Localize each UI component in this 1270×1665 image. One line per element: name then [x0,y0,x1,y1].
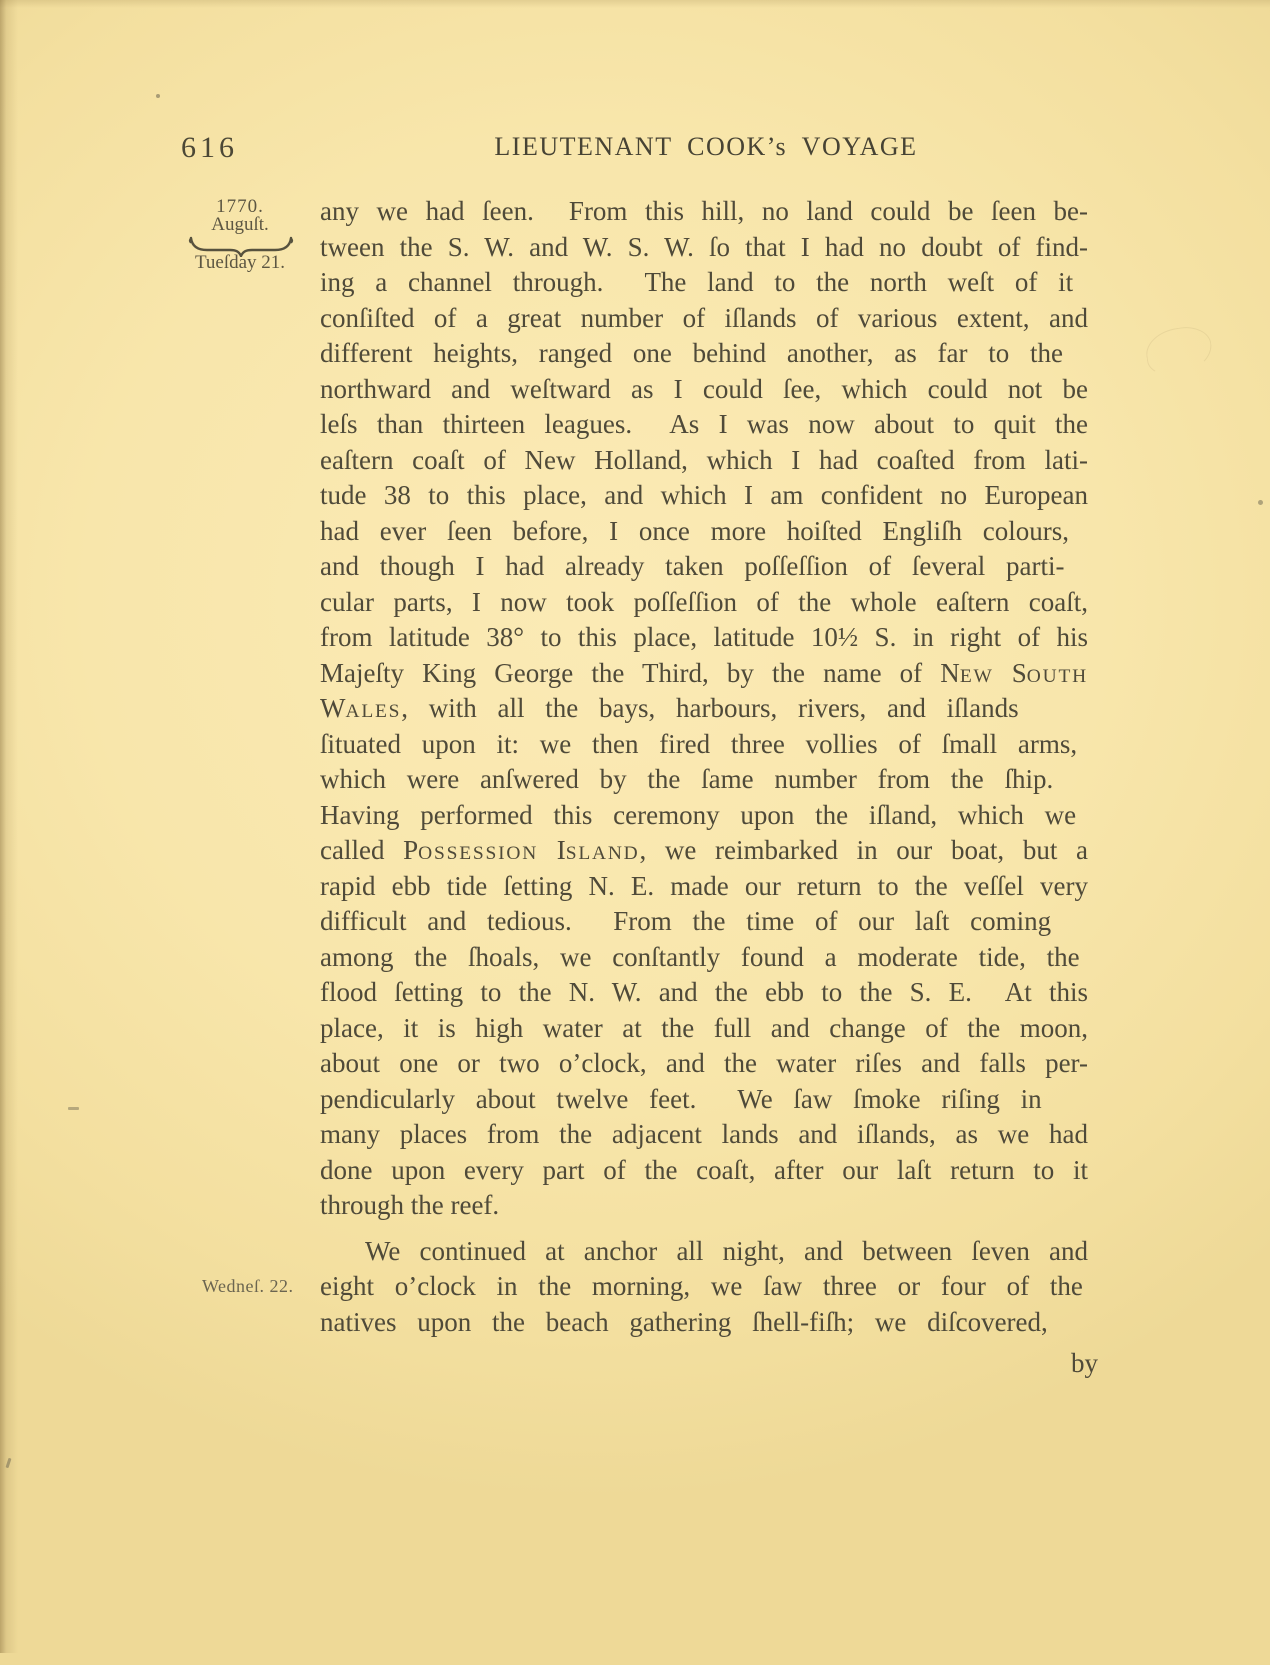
body-line: which were anſwered by the ſame number f… [320,762,1088,798]
body-line: cular parts, I now took poſſeſſion of th… [320,585,1088,621]
body-line: about one or two o’clock, and the water … [320,1046,1088,1082]
body-line: among the ſhoals, we conſtantly found a … [320,940,1088,976]
body-line: flood ſetting to the N. W. and the ebb t… [320,975,1088,1011]
body-line: natives upon the beach gathering ſhell-f… [320,1305,1088,1341]
page-top-edge-shadow [0,0,1270,8]
body-line: called POSSESSION ISLAND, we reimbarked … [320,833,1088,869]
body-line: different heights, ranged one behind ano… [320,336,1088,372]
body-line: done upon every part of the coaſt, after… [320,1153,1088,1189]
body-line: ſituated upon it: we then fired three vo… [320,727,1088,763]
body-line: northward and weſtward as I could ſee, w… [320,372,1088,408]
body-line: rapid ebb tide ſetting N. E. made our re… [320,869,1088,905]
catchword: by [998,1348,1098,1379]
body-line: tween the S. W. and W. S. W. ſo that I h… [320,230,1088,266]
ink-speck [68,1107,79,1110]
body-line: place, it is high water at the full and … [320,1011,1088,1047]
body-line: pendicularly about twelve feet. We ſaw ſ… [320,1082,1088,1118]
body-line: WALES, with all the bays, harbours, rive… [320,691,1088,727]
page-number: 616 [181,131,238,165]
body-text: any we had ſeen. From this hill, no land… [320,194,1088,1340]
page-left-edge-shadow [0,0,18,1653]
body-line: and though I had already taken poſſeſſio… [320,549,1088,585]
body-line: Having performed this ceremony upon the … [320,798,1088,834]
body-line: leſs than thirteen leagues. As I was now… [320,407,1088,443]
body-line: from latitude 38° to this place, latitud… [320,620,1088,656]
body-line: through the reef. [320,1188,1088,1224]
body-line: had ever ſeen before, I once more hoiſte… [320,514,1088,550]
body-line: We continued at anchor all night, and be… [320,1234,1088,1270]
margin-note-day-second: Wedneſ. 22. [202,1276,308,1297]
ink-speck [156,94,160,98]
body-line: ing a channel through. The land to the n… [320,265,1088,301]
body-line: tude 38 to this place, and which I am co… [320,478,1088,514]
body-line: conſiſted of a great number of iſlands o… [320,301,1088,337]
margin-note-day-first: Tueſday 21. [188,252,292,274]
body-line: difficult and tedious. From the time of … [320,904,1088,940]
body-line: eaſtern coaſt of New Holland, which I ha… [320,443,1088,479]
running-header: LIEUTENANT COOK’s VOYAGE [322,132,1090,162]
body-line: any we had ſeen. From this hill, no land… [320,194,1088,230]
paragraph: any we had ſeen. From this hill, no land… [320,194,1088,1224]
body-line: Majeſty King George the Third, by the na… [320,656,1088,692]
body-line: eight o’clock in the morning, we ſaw thr… [320,1269,1088,1305]
book-page-scan: { "page": { "number": "616", "running_he… [0,0,1270,1665]
paragraph: We continued at anchor all night, and be… [320,1234,1088,1341]
margin-note-month: Auguſt. [188,214,292,236]
body-line: many places from the adjacent lands and … [320,1117,1088,1153]
ink-speck [1258,500,1263,505]
